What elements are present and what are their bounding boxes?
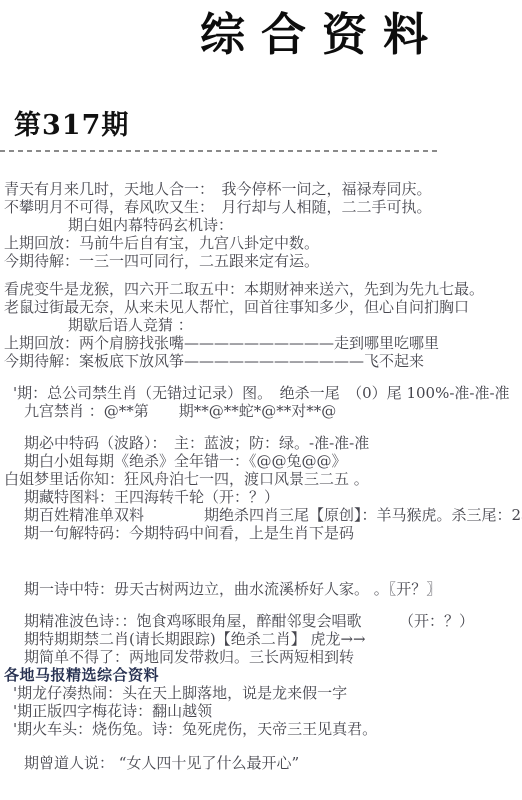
section-header: 各地马报精选综合资料: [4, 666, 522, 684]
forbidden-two-line: 期特期期禁二肖(请长期跟踪)【绝杀二肖】 虎龙→→: [24, 630, 522, 648]
simple-tip-line: 期简单不得了：两地同发带救归。三长两短相到转: [24, 648, 522, 666]
current-issue-line: 今期待解：案板底下放风筝————————————飞不起来: [4, 352, 522, 370]
wave-tip-line: 期必中特码（波路）： 主：蓝波；防：绿。-准-准-准: [24, 434, 522, 452]
baijie-poem-heading: 期白姐内幕特码玄机诗：: [68, 216, 522, 234]
one-sentence-line: 期一句解特码：今期特码中间看，上是生肖下是码: [24, 524, 522, 542]
poem-special-line: 期一诗中特：毋天古树两边立，曲水流溪桥好人家。 。〖开？〗: [24, 580, 522, 598]
document-page: 综合资料 第317期 青天有月来几时，天地人合一： 我今停杯一问之，福禄寿同庆。…: [0, 0, 522, 800]
hidden-chart-line: 期藏特图料：王四海转千轮（开：？）: [24, 488, 522, 506]
dashed-divider: [0, 150, 437, 152]
meihua-poem-line: '期正版四字梅花诗：翻山越领: [13, 702, 522, 720]
page-title: 综合资料: [0, 0, 522, 64]
previous-issue-line: 上期回放：马前牛后自有宝，九宫八卦定中数。: [4, 234, 522, 252]
section-poem-special: 期一诗中特：毋天古树两边立，曲水流溪桥好人家。 。〖开？〗: [0, 580, 522, 598]
previous-issue-line: 上期回放：两个肩膀找张嘴——————————走到哪里吃哪里: [4, 334, 522, 352]
section-riddle: 看虎变牛是龙猴，四六开二取五中：本期财神来送六，先到为先九七最。 老鼠过街最无奈…: [0, 280, 522, 370]
section-zengdaoren: 期曾道人说： “女人四十见了什么最开心”: [0, 754, 522, 772]
huochetou-line: '期火车头：烧伤兔。诗：兔死虎伤，天帝三王见真君。: [13, 720, 522, 738]
xiehouyu-heading: 期歇后语人竞猜 ：: [68, 316, 522, 334]
section-tips: 期必中特码（波路）： 主：蓝波；防：绿。-准-准-准 期白小姐每期《绝杀》全年错…: [0, 434, 522, 542]
riddle-poem-line-1: 看虎变牛是龙猴，四六开二取五中：本期财神来送六，先到为先九七最。: [4, 280, 522, 298]
jiugong-ban-line: 九宫禁肖 ：@**第 期**@**蛇*@**对**@: [24, 402, 522, 420]
single-double-line: 期百姓精准单双料 期绝杀四肖三尾【原创】：羊马猴虎。杀三尾：2、8、7.[开？]: [24, 506, 522, 524]
company-ban-line: '期：总公司禁生肖（无错过记录）图。 绝杀一尾 （0）尾 100%-准-准-准: [13, 384, 522, 402]
zengdaoren-line: 期曾道人说： “女人四十见了什么最开心”: [24, 754, 522, 772]
riddle-poem-line-2: 老鼠过街最无奈，从来未见人帮忙，回首往事知多少，但心自问扪胸口: [4, 298, 522, 316]
section-xuanji-poem: 青天有月来几时，天地人合一： 我今停杯一问之，福禄寿同庆。 不攀明月不可得，春风…: [0, 180, 522, 270]
issue-number: 第317期: [14, 110, 522, 142]
section-forbidden-zodiac: '期：总公司禁生肖（无错过记录）图。 绝杀一尾 （0）尾 100%-准-准-准 …: [0, 384, 522, 420]
opening-poem-line-2: 不攀明月不可得，春风吹又生： 月行却与人相随，二二手可执。: [4, 198, 522, 216]
juesha-line: 期白小姐每期《绝杀》全年错一：《@@兔@@》: [24, 452, 522, 470]
current-issue-line: 今期待解：一三一四可同行，二五跟来定有运。: [4, 252, 522, 270]
longzai-line: '期龙仔凑热闹：头在天上脚落地，说是龙来假一字: [13, 684, 522, 702]
color-poem-line: 期精准波色诗：：饱食鸡啄眼角屋，醉酣邻叟会唱歌 （开：？）: [24, 612, 522, 630]
section-color-poem: 期精准波色诗：：饱食鸡啄眼角屋，醉酣邻叟会唱歌 （开：？） 期特期期禁二肖(请长…: [0, 612, 522, 738]
baijie-dream-line: 白姐梦里话你知：狂风舟泊七一四，渡口风景三二五 。: [4, 470, 522, 488]
opening-poem-line-1: 青天有月来几时，天地人合一： 我今停杯一问之，福禄寿同庆。: [4, 180, 522, 198]
document-body: 青天有月来几时，天地人合一： 我今停杯一问之，福禄寿同庆。 不攀明月不可得，春风…: [0, 180, 522, 772]
